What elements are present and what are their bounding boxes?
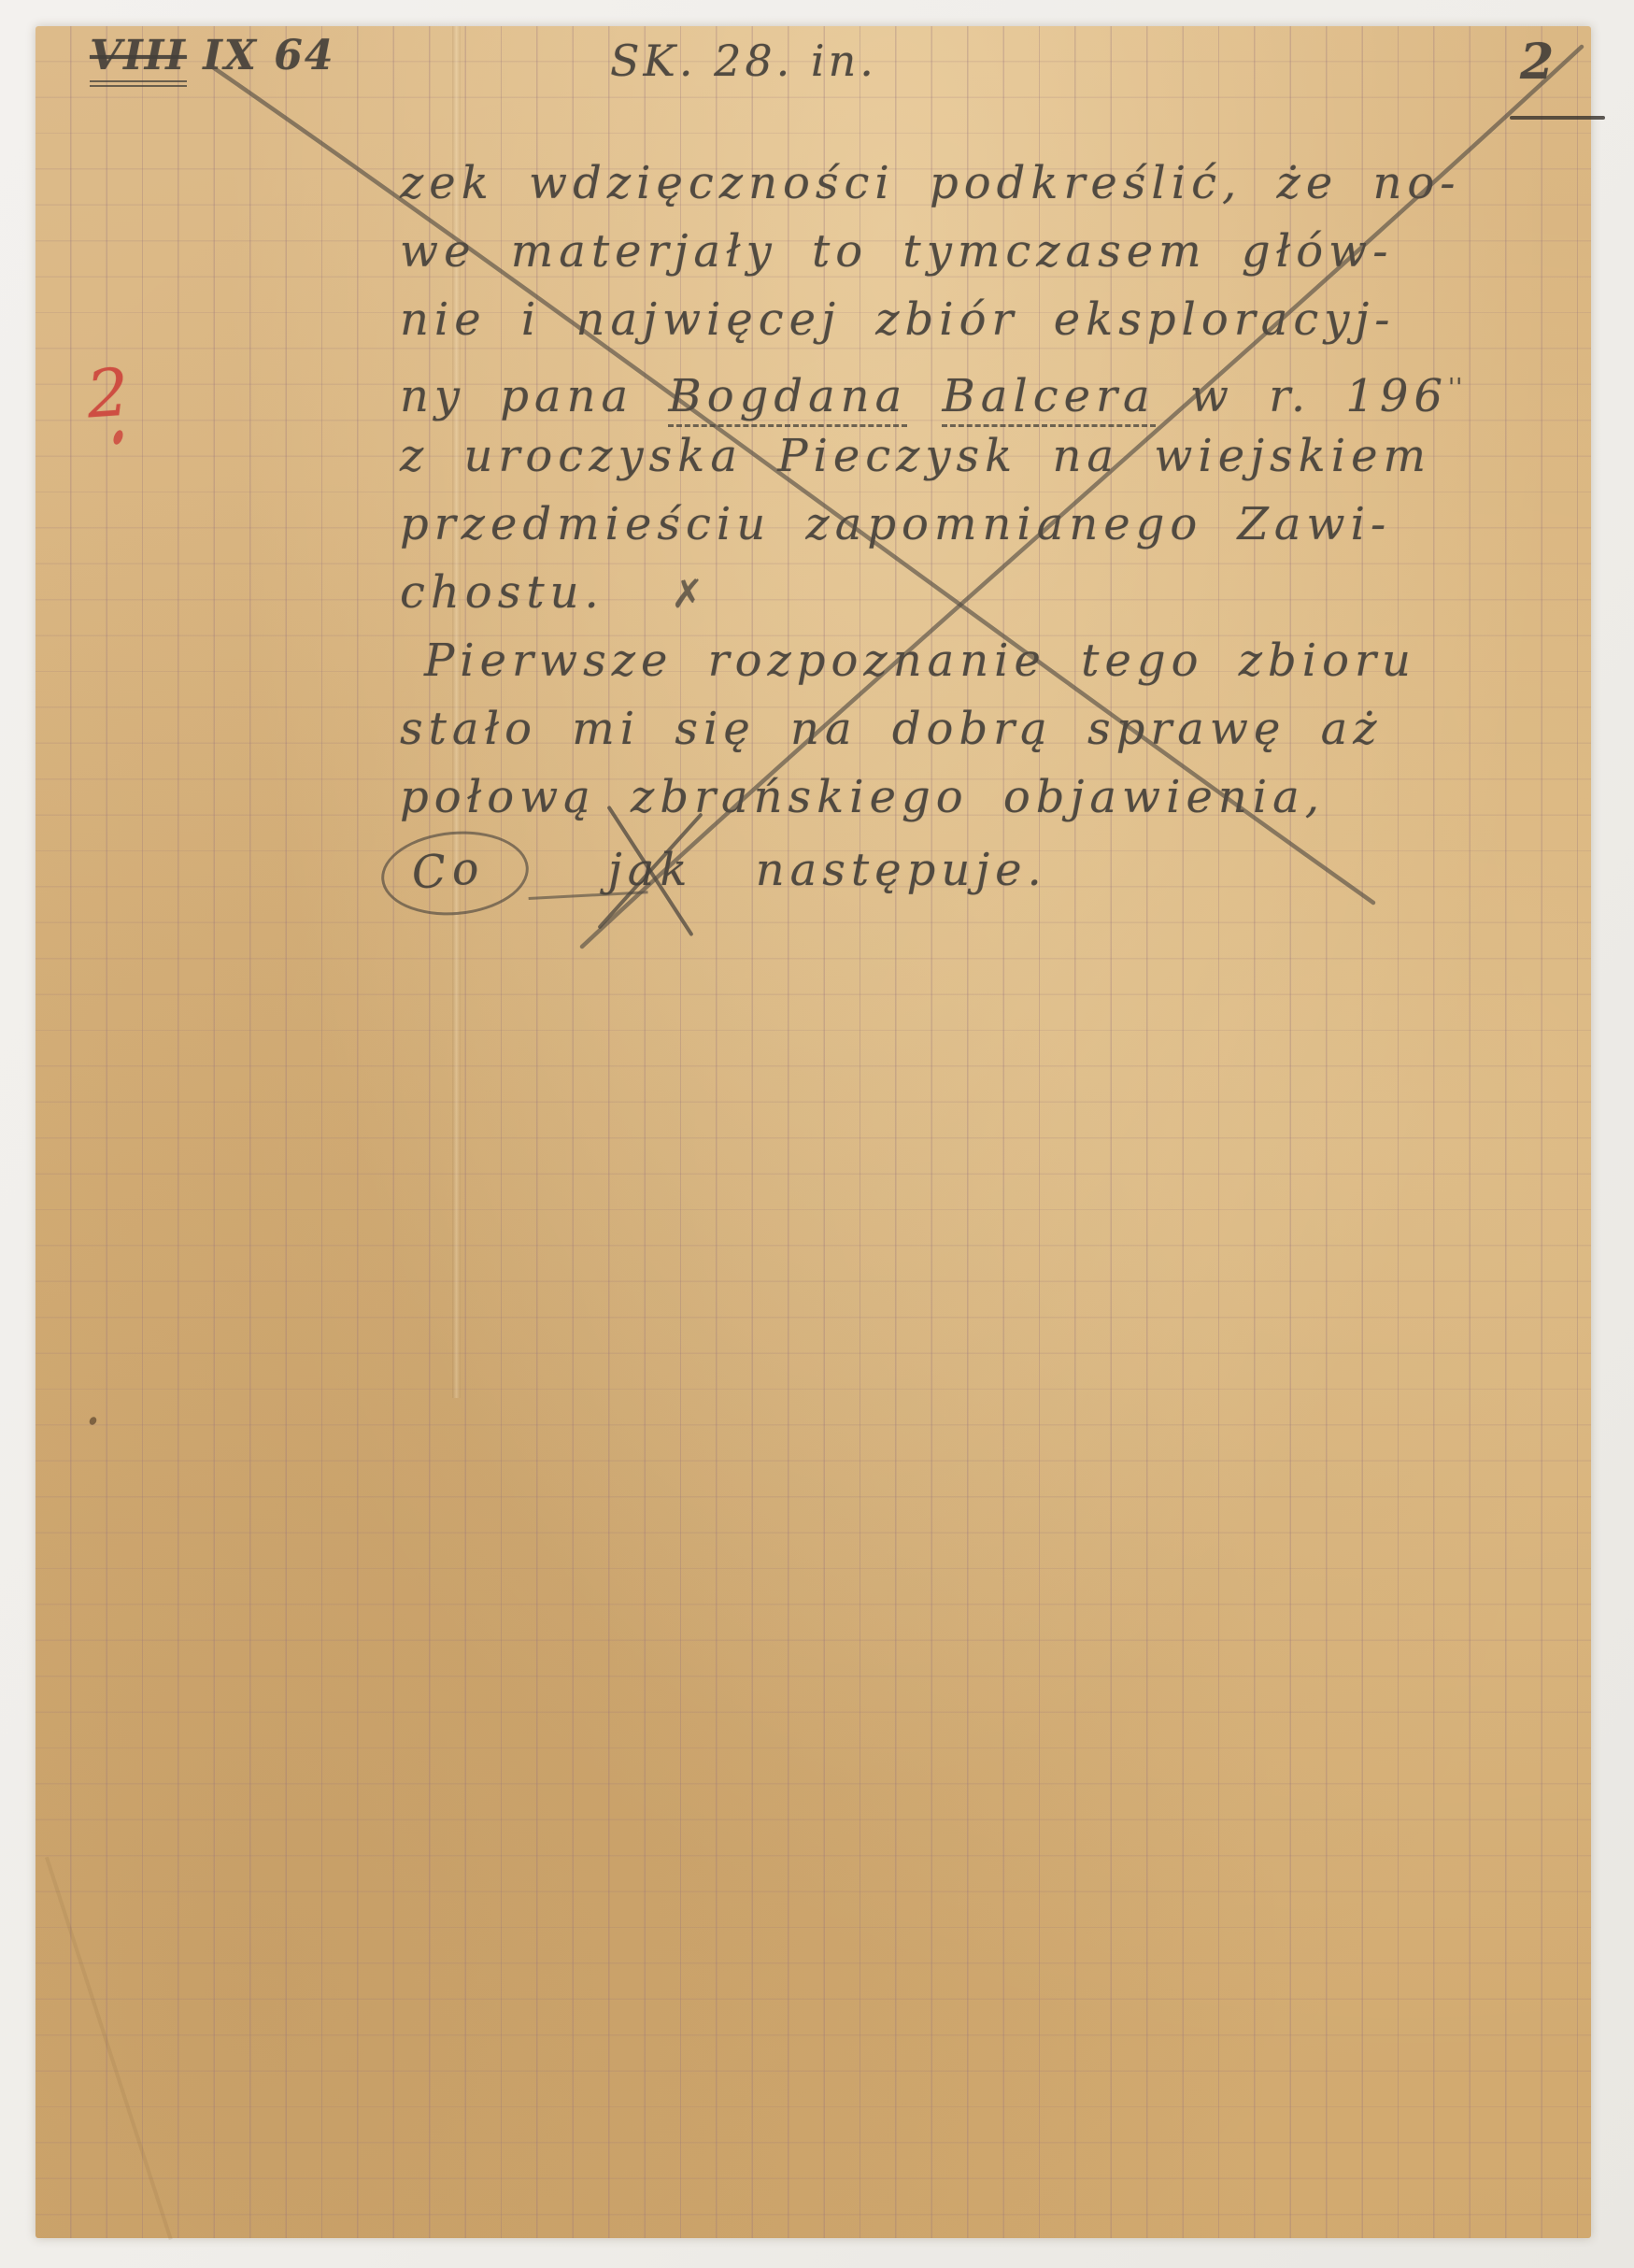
cancellation-x-cross bbox=[36, 26, 1591, 2238]
manuscript-page: VIII IX 64 SK. 28. in. 2 2 zek wdzięczno… bbox=[36, 26, 1591, 2238]
